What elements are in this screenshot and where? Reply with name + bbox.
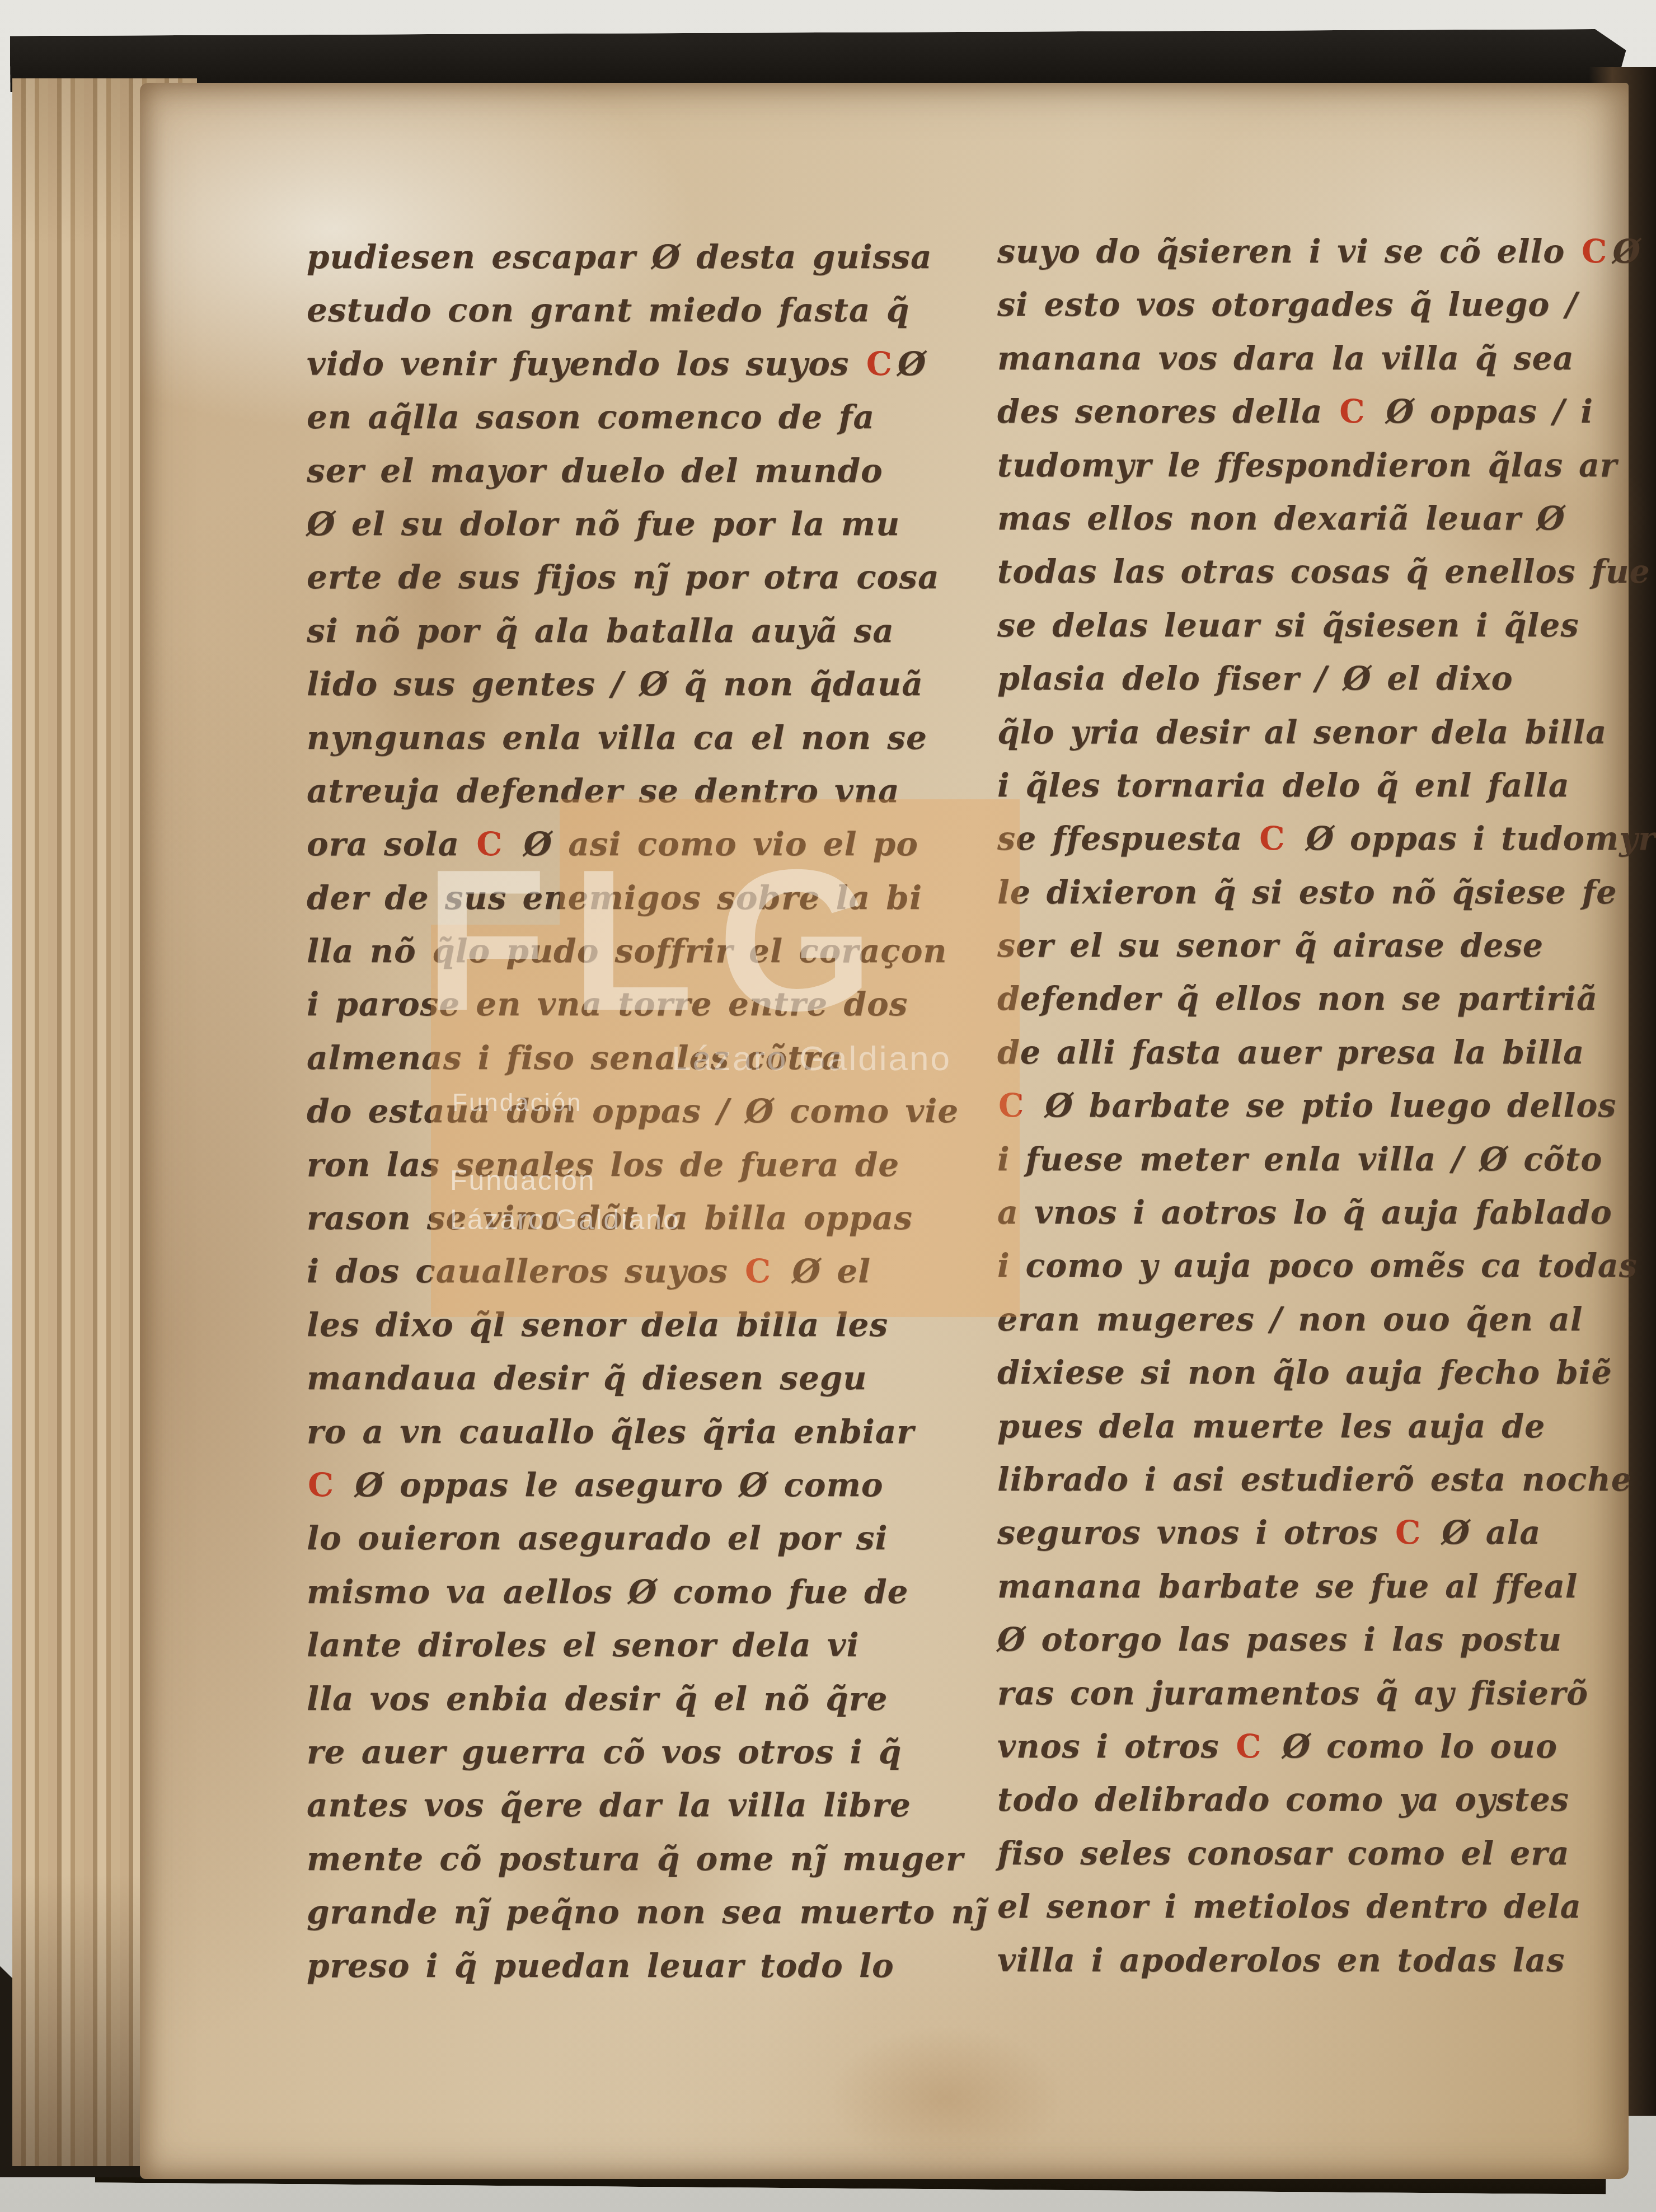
manuscript-line: nyngunas enla villa ca el non se [307, 711, 987, 765]
manuscript-line: C Ø barbate se ptio luego dellos [997, 1079, 1655, 1132]
manuscript-line: todo delibrado como ya oystes [997, 1773, 1655, 1826]
rubric-calderon-mark: C [1338, 393, 1370, 430]
manuscript-line: a vnos i aotros lo q̃ auja fablado [997, 1186, 1655, 1239]
rubric-calderon-mark: C [1580, 233, 1612, 270]
manuscript-photo: pudiesen escapar Ø desta guissaestudo co… [0, 0, 1656, 2212]
manuscript-line: der de sus enemigos sobre la bi [307, 871, 987, 925]
manuscript-line: ser el mayor duelo del mundo [307, 444, 987, 498]
manuscript-line: C Ø oppas le aseguro Ø como [307, 1459, 987, 1512]
manuscript-line: fiso seles conosar como el era [997, 1827, 1655, 1880]
manuscript-line: erte de sus fijos nj̃ por otra cosa [307, 551, 987, 604]
manuscript-line: tudomyr le ffespondieron q̃las ar [997, 439, 1655, 492]
manuscript-line: mente cõ postura q̃ ome nj̃ muger [307, 1833, 987, 1886]
manuscript-line: mandaua desir q̃ diesen segu [307, 1352, 987, 1405]
manuscript-line: ron las senales los de fuera de [307, 1138, 987, 1192]
manuscript-line: plasia delo fiser / Ø el dixo [997, 652, 1655, 705]
manuscript-line: se delas leuar si q̃siesen i q̃les [997, 599, 1655, 652]
rubric-calderon-mark: C [475, 825, 508, 863]
manuscript-line: suyo do q̃sieren i vi se cõ ello CØ [997, 225, 1655, 278]
manuscript-line: manana vos dara la villa q̃ sea [997, 332, 1655, 385]
manuscript-line: villa i apoderolos en todas las [997, 1934, 1655, 1987]
manuscript-line: re auer guerra cõ vos otros i q̃ [307, 1726, 987, 1779]
manuscript-line: si esto vos otorgades q̃ luego / [997, 278, 1655, 331]
manuscript-line: de alli fasta auer presa la billa [997, 1026, 1655, 1079]
manuscript-line: i dos caualleros suyos C Ø el [307, 1245, 987, 1298]
manuscript-line: atreuja defender se dentro vna [307, 765, 987, 818]
manuscript-line: ras con juramentos q̃ ay fisierõ [997, 1667, 1655, 1720]
manuscript-line: lla vos enbia desir q̃ el nõ q̃re [307, 1672, 987, 1726]
rubric-calderon-mark: C [307, 1466, 339, 1504]
rubric-calderon-mark: C [1258, 820, 1290, 857]
manuscript-line: defender q̃ ellos non se partiriã [997, 972, 1655, 1025]
manuscript-line: ora sola C Ø asi como vio el po [307, 818, 987, 871]
rubric-calderon-mark: C [1394, 1514, 1426, 1552]
manuscript-line: rason se vino dõt la billa oppas [307, 1192, 987, 1245]
manuscript-line: le dixieron q̃ si esto nõ q̃siese fe [997, 866, 1655, 919]
manuscript-line: dixiese si non q̃lo auja fecho biẽ [997, 1346, 1655, 1399]
rubric-calderon-mark: C [744, 1252, 776, 1290]
right-text-column: suyo do q̃sieren i vi se cõ ello CØsi es… [997, 225, 1655, 1987]
manuscript-line: almenas i fiso senales cõtra [307, 1032, 987, 1085]
rubric-calderon-mark: C [865, 345, 898, 383]
manuscript-line: lla nõ q̃lo pudo soffrir el coraçon [307, 925, 987, 978]
manuscript-line: Ø el su dolor nõ fue por la mu [307, 498, 987, 551]
parchment-stain [828, 2025, 1063, 2171]
manuscript-line: i q̃les tornaria delo q̃ enl falla [997, 759, 1655, 812]
manuscript-line: Ø otorgo las pases i las postu [997, 1613, 1655, 1666]
manuscript-line: do estaua don oppas / Ø como vie [307, 1085, 987, 1138]
manuscript-line: se ffespuesta C Ø oppas i tudomyr [997, 812, 1655, 865]
manuscript-line: lante diroles el senor dela vi [307, 1619, 987, 1672]
manuscript-line: pudiesen escapar Ø desta guissa [307, 231, 987, 284]
rubric-calderon-mark: C [997, 1087, 1029, 1124]
manuscript-line: i parose en vna torre entre dos [307, 978, 987, 1031]
manuscript-line: grande nj̃ peq̃no non sea muerto nj̃ [307, 1886, 987, 1939]
manuscript-line: des senores della C Ø oppas / i [997, 385, 1655, 438]
manuscript-line: el senor i metiolos dentro dela [997, 1880, 1655, 1933]
manuscript-line: estudo con grant miedo fasta q̃ [307, 284, 987, 337]
manuscript-line: en aq̃lla sason comenco de fa [307, 391, 987, 444]
manuscript-line: manana barbate se fue al ffeal [997, 1560, 1655, 1613]
manuscript-line: lido sus gentes / Ø q̃ non q̃dauã [307, 658, 987, 711]
manuscript-line: preso i q̃ puedan leuar todo lo [307, 1939, 987, 1993]
manuscript-line: todas las otras cosas q̃ enellos fue [997, 545, 1655, 598]
manuscript-line: si nõ por q̃ ala batalla auyã sa [307, 604, 987, 658]
manuscript-line: mismo va aellos Ø como fue de [307, 1566, 987, 1619]
rubric-calderon-mark: C [1235, 1728, 1266, 1765]
manuscript-line: q̃lo yria desir al senor dela billa [997, 706, 1655, 759]
manuscript-line: ro a vn cauallo q̃les q̃ria enbiar [307, 1405, 987, 1459]
manuscript-line: vnos i otros C Ø como lo ouo [997, 1720, 1655, 1773]
manuscript-line: i como y auja poco omẽs ca todas [997, 1239, 1655, 1292]
manuscript-line: mas ellos non dexariã leuar Ø [997, 492, 1655, 545]
manuscript-line: pues dela muerte les auja de [997, 1400, 1655, 1453]
manuscript-line: les dixo q̃l senor dela billa les [307, 1299, 987, 1352]
manuscript-line: seguros vnos i otros C Ø ala [997, 1506, 1655, 1559]
manuscript-line: i fuese meter enla villa / Ø cõto [997, 1133, 1655, 1186]
manuscript-line: ser el su senor q̃ airase dese [997, 919, 1655, 972]
left-text-column: pudiesen escapar Ø desta guissaestudo co… [307, 231, 987, 1993]
manuscript-line: eran mugeres / non ouo q̃en al [997, 1293, 1655, 1346]
manuscript-line: antes vos q̃ere dar la villa libre [307, 1779, 987, 1832]
manuscript-line: lo ouieron asegurado el por si [307, 1512, 987, 1565]
manuscript-line: vido venir fuyendo los suyos CØ [307, 338, 987, 391]
manuscript-line: librado i asi estudierõ esta noche [997, 1453, 1655, 1506]
